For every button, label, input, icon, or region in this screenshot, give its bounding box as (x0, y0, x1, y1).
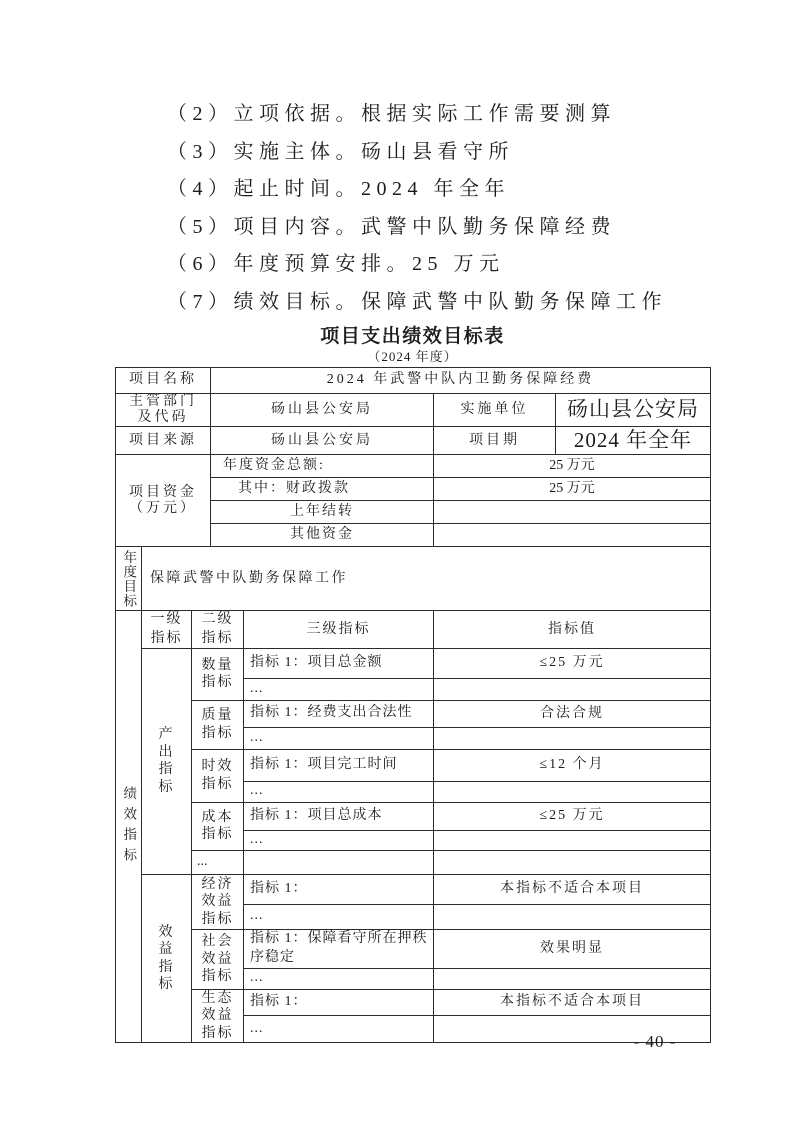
impl-unit-value: 砀山县公安局 (556, 394, 711, 427)
funds-row-value (434, 501, 711, 524)
intro-list: （2）立项依据。根据实际工作需要测算 （3）实施主体。砀山县看守所 （4）起止时… (167, 96, 667, 321)
indicator-text: 指标 1：保障看守所在押秩序稳定 (244, 929, 434, 968)
funds-row-name: 其他资金 (211, 524, 434, 547)
indicator-text: 指标 1：项目总成本 (244, 802, 434, 830)
indicator-text: 指标 1：项目总金额 (244, 648, 434, 678)
funds-row-name: 上年结转 (211, 501, 434, 524)
list-item-4: （4）起止时间。2024 年全年 (167, 171, 667, 209)
source-value: 砀山县公安局 (211, 427, 434, 455)
header-value: 指标值 (434, 611, 711, 648)
funds-row-name: 年度资金总额: (211, 455, 434, 478)
dept-label: 主管部门 及代码 (116, 394, 211, 427)
annual-goal-text: 保障武警中队勤务保障工作 (142, 547, 711, 611)
indicator-value (434, 678, 711, 700)
indicator-value: ≤25 万元 (434, 648, 711, 678)
performance-table-area: 项目支出绩效目标表 （2024 年度） 项目名称 2024 年武警中队内卫勤务保… (115, 326, 710, 1043)
list-item-5: （5）项目内容。武警中队勤务保障经费 (167, 209, 667, 247)
project-name-value: 2024 年武警中队内卫勤务保障经费 (211, 368, 711, 394)
sub-cost: 成本指标 (192, 802, 244, 850)
period-label: 项目期 (434, 427, 556, 455)
sub-economic: 经济效益指标 (192, 874, 244, 929)
empty-cell (434, 850, 711, 874)
funds-label: 项目资金 （万元） (116, 455, 211, 547)
indicator-value (434, 781, 711, 802)
sub-quality: 质量指标 (192, 700, 244, 749)
indicator-text: ... (244, 904, 434, 929)
header-level1: 一级指标 (142, 611, 192, 648)
indicator-text: ... (244, 678, 434, 700)
indicator-value (434, 727, 711, 749)
more-sub-indicators: ... (192, 850, 244, 874)
sub-social: 社会效益指标 (192, 929, 244, 989)
indicator-value: 合法合规 (434, 700, 711, 727)
indicator-text: 指标 1： (244, 874, 434, 904)
list-item-3: （3）实施主体。砀山县看守所 (167, 134, 667, 172)
indicator-text: ... (244, 968, 434, 989)
source-label: 项目来源 (116, 427, 211, 455)
sub-quantity: 数量指标 (192, 648, 244, 700)
indicator-text: ... (244, 727, 434, 749)
list-item-6: （6）年度预算安排。25 万元 (167, 246, 667, 284)
list-item-2: （2）立项依据。根据实际工作需要测算 (167, 96, 667, 134)
performance-target-table: 项目名称 2024 年武警中队内卫勤务保障经费 主管部门 及代码 砀山县公安局 … (115, 367, 711, 1043)
header-level2: 二级指标 (192, 611, 244, 648)
perf-indicator-label: 绩效指标 (122, 786, 136, 868)
document-page: （2）立项依据。根据实际工作需要测算 （3）实施主体。砀山县看守所 （4）起止时… (0, 0, 793, 1122)
empty-cell (244, 850, 434, 874)
indicator-value (434, 830, 711, 850)
indicator-value (434, 968, 711, 989)
annual-goal-label: 年度目标 (122, 550, 136, 608)
indicator-value: 本指标不适合本项目 (434, 874, 711, 904)
header-level3: 三级指标 (244, 611, 434, 648)
table-subtitle: （2024 年度） (115, 349, 710, 364)
annual-goal-label-cell: 年度目标 (116, 547, 142, 611)
perf-indicator-label-cell: 绩效指标 (116, 611, 142, 1043)
indicator-text: 指标 1：项目完工时间 (244, 749, 434, 781)
project-name-label: 项目名称 (116, 368, 211, 394)
indicator-text: ... (244, 1015, 434, 1042)
output-label: 产出指标 (142, 648, 192, 874)
funds-row-value: 25 万元 (434, 478, 711, 501)
indicator-value: 效果明显 (434, 929, 711, 968)
impl-unit-label: 实施单位 (434, 394, 556, 427)
sub-timeliness: 时效指标 (192, 749, 244, 802)
dept-value: 砀山县公安局 (211, 394, 434, 427)
indicator-text: ... (244, 830, 434, 850)
indicator-text: 指标 1：经费支出合法性 (244, 700, 434, 727)
page-number: - 40 - (560, 1032, 750, 1052)
table-title: 项目支出绩效目标表 (115, 326, 710, 348)
period-value: 2024 年全年 (556, 427, 711, 455)
funds-row-value (434, 524, 711, 547)
funds-row-name: 其中：财政拨款 (211, 478, 434, 501)
indicator-value: ≤12 个月 (434, 749, 711, 781)
indicator-value: 本指标不适合本项目 (434, 989, 711, 1015)
indicator-value: ≤25 万元 (434, 802, 711, 830)
benefit-label: 效益指标 (142, 874, 192, 1042)
funds-row-value: 25 万元 (434, 455, 711, 478)
indicator-text: ... (244, 781, 434, 802)
sub-ecological: 生态效益指标 (192, 989, 244, 1043)
list-item-7: （7）绩效目标。保障武警中队勤务保障工作 (167, 284, 667, 322)
indicator-text: 指标 1： (244, 989, 434, 1015)
indicator-value (434, 904, 711, 929)
